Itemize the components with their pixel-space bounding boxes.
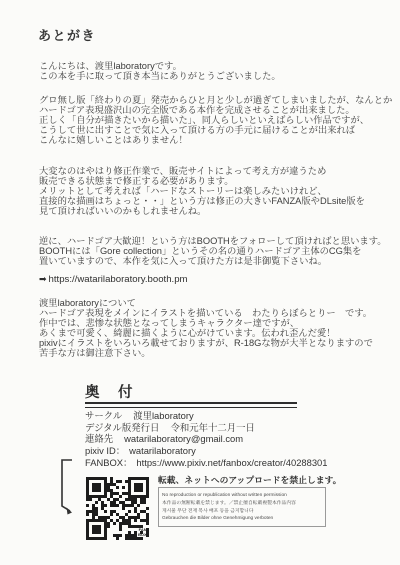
colophon-label: FANBOX：: [85, 457, 132, 469]
colophon-label: pixiv ID：: [85, 445, 125, 457]
notice-line-en: No reproduction or republication without…: [162, 492, 322, 500]
arrow-right-icon: ➡: [39, 274, 47, 285]
booth-paragraph: 逆に、ハードゴア大歓迎！という方はBOOTHをフォローして頂ければと思います。 …: [39, 236, 387, 266]
notice-line-de: Gebrauchen die Bilder ohne Genehmigung v…: [162, 515, 322, 523]
colophon-row-publish-date: デジタル版発行日 令和元年十二月一日: [85, 422, 328, 434]
notice-line-ko: 게시물 무단 전재 복사 배포 등을 금지합니다: [162, 508, 322, 516]
colophon-value: 令和元年十二月一日: [170, 422, 254, 434]
multilingual-notice-box: No reproduction or republication without…: [158, 487, 326, 527]
greeting-paragraph: こんにちは、渡里laboratoryです。 この本を手に取って頂き本当にありがと…: [39, 61, 281, 81]
colophon-value: https://www.pixiv.net/fanbox/creator/402…: [136, 457, 327, 469]
no-repost-warning: 転載、ネットへのアップロードを禁止します。: [158, 473, 341, 486]
booth-link-line: ➡ https://watarilaboratory.booth.pm: [39, 274, 188, 285]
colophon-row-fanbox: FANBOX： https://www.pixiv.net/fanbox/cre…: [85, 457, 328, 469]
qr-caption: FAN BOX: [138, 528, 147, 537]
colophon-rows: サークル 渡里laboratory デジタル版発行日 令和元年十二月一日 連絡先…: [85, 410, 328, 469]
revision-paragraph: 大変なのはやはり修正作業で、販売サイトによって考え方が違うため 販売できる状態ま…: [39, 166, 365, 216]
colophon-label: デジタル版発行日: [85, 422, 159, 434]
booth-url: https://watarilaboratory.booth.pm: [49, 274, 188, 285]
colophon-value: watarilaboratory: [129, 445, 196, 457]
notice-line-ja-zh: 本作品の無断転載を禁じます。／禁止擅自転載複製本作品内容: [162, 500, 322, 508]
colophon-row-contact: 連絡先 watarilaboratory@gmail.com: [85, 433, 328, 445]
colophon-row-circle: サークル 渡里laboratory: [85, 410, 328, 422]
colophon-value: 渡里laboratory: [133, 410, 193, 422]
afterword-page: あとがき こんにちは、渡里laboratoryです。 この本を手に取って頂き本当…: [0, 0, 400, 565]
page-title: あとがき: [38, 25, 96, 44]
colophon-label: サークル: [85, 410, 122, 422]
arrow-to-qr-icon: [58, 456, 84, 516]
colophon-heading: 奥 付: [85, 381, 135, 402]
colophon-row-pixiv-id: pixiv ID： watarilaboratory: [85, 445, 328, 457]
release-paragraph: グロ無し版「終わりの夏」発売からひと月と少しが過ぎてしまいましたが、なんとか ハ…: [39, 95, 392, 145]
colophon-value: watarilaboratory@gmail.com: [124, 433, 243, 445]
colophon-label: 連絡先: [85, 433, 113, 445]
colophon-rule: [85, 402, 297, 408]
about-paragraph: 渡里laboratoryについて ハードゴア表現をメインにイラストを描いている …: [39, 298, 373, 359]
